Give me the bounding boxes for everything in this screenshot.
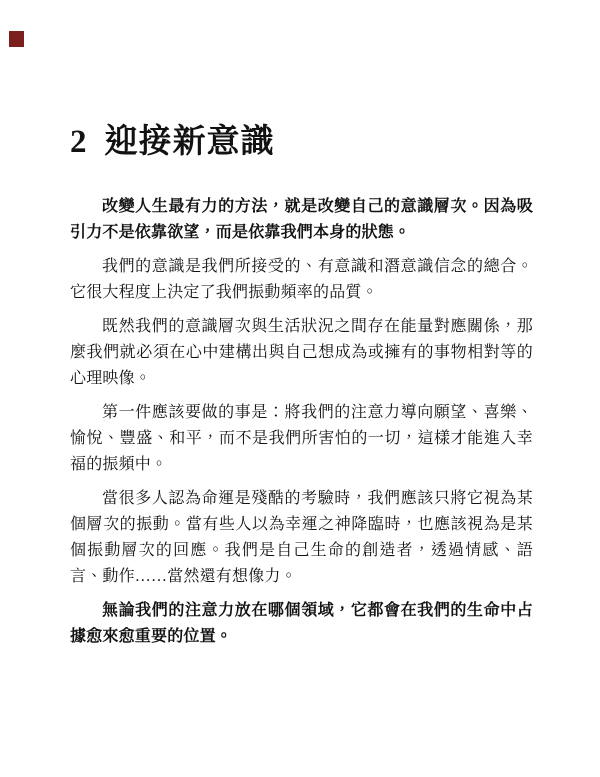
red-annotation-marker <box>9 31 24 47</box>
paragraph-4: 第一件應該要做的事是：將我們的注意力導向願望、喜樂、愉悅、豐盛、和平，而不是我們… <box>70 400 533 478</box>
page-content: 2迎接新意識 改變人生最有力的方法，就是改變自己的意識層次。因為吸引力不是依靠欲… <box>70 0 533 658</box>
paragraph-5: 當很多人認為命運是殘酷的考驗時，我們應該只將它視為某個層次的振動。當有些人以為幸… <box>70 486 533 590</box>
paragraph-6: 無論我們的注意力放在哪個領域，它都會在我們的生命中占據愈來愈重要的位置。 <box>70 598 533 650</box>
chapter-title: 2迎接新意識 <box>70 124 533 160</box>
paragraph-3: 既然我們的意識層次與生活狀況之間存在能量對應關係，那麼我們就必須在心中建構出與自… <box>70 314 533 392</box>
paragraph-2: 我們的意識是我們所接受的、有意識和潛意識信念的總合。它很大程度上決定了我們振動頻… <box>70 254 533 306</box>
paragraph-1: 改變人生最有力的方法，就是改變自己的意識層次。因為吸引力不是依靠欲望，而是依靠我… <box>70 194 533 246</box>
chapter-number: 2 <box>70 124 88 160</box>
chapter-title-text: 迎接新意識 <box>105 124 275 160</box>
book-page: 2迎接新意識 改變人生最有力的方法，就是改變自己的意識層次。因為吸引力不是依靠欲… <box>0 0 600 777</box>
body-text: 改變人生最有力的方法，就是改變自己的意識層次。因為吸引力不是依靠欲望，而是依靠我… <box>70 194 533 650</box>
